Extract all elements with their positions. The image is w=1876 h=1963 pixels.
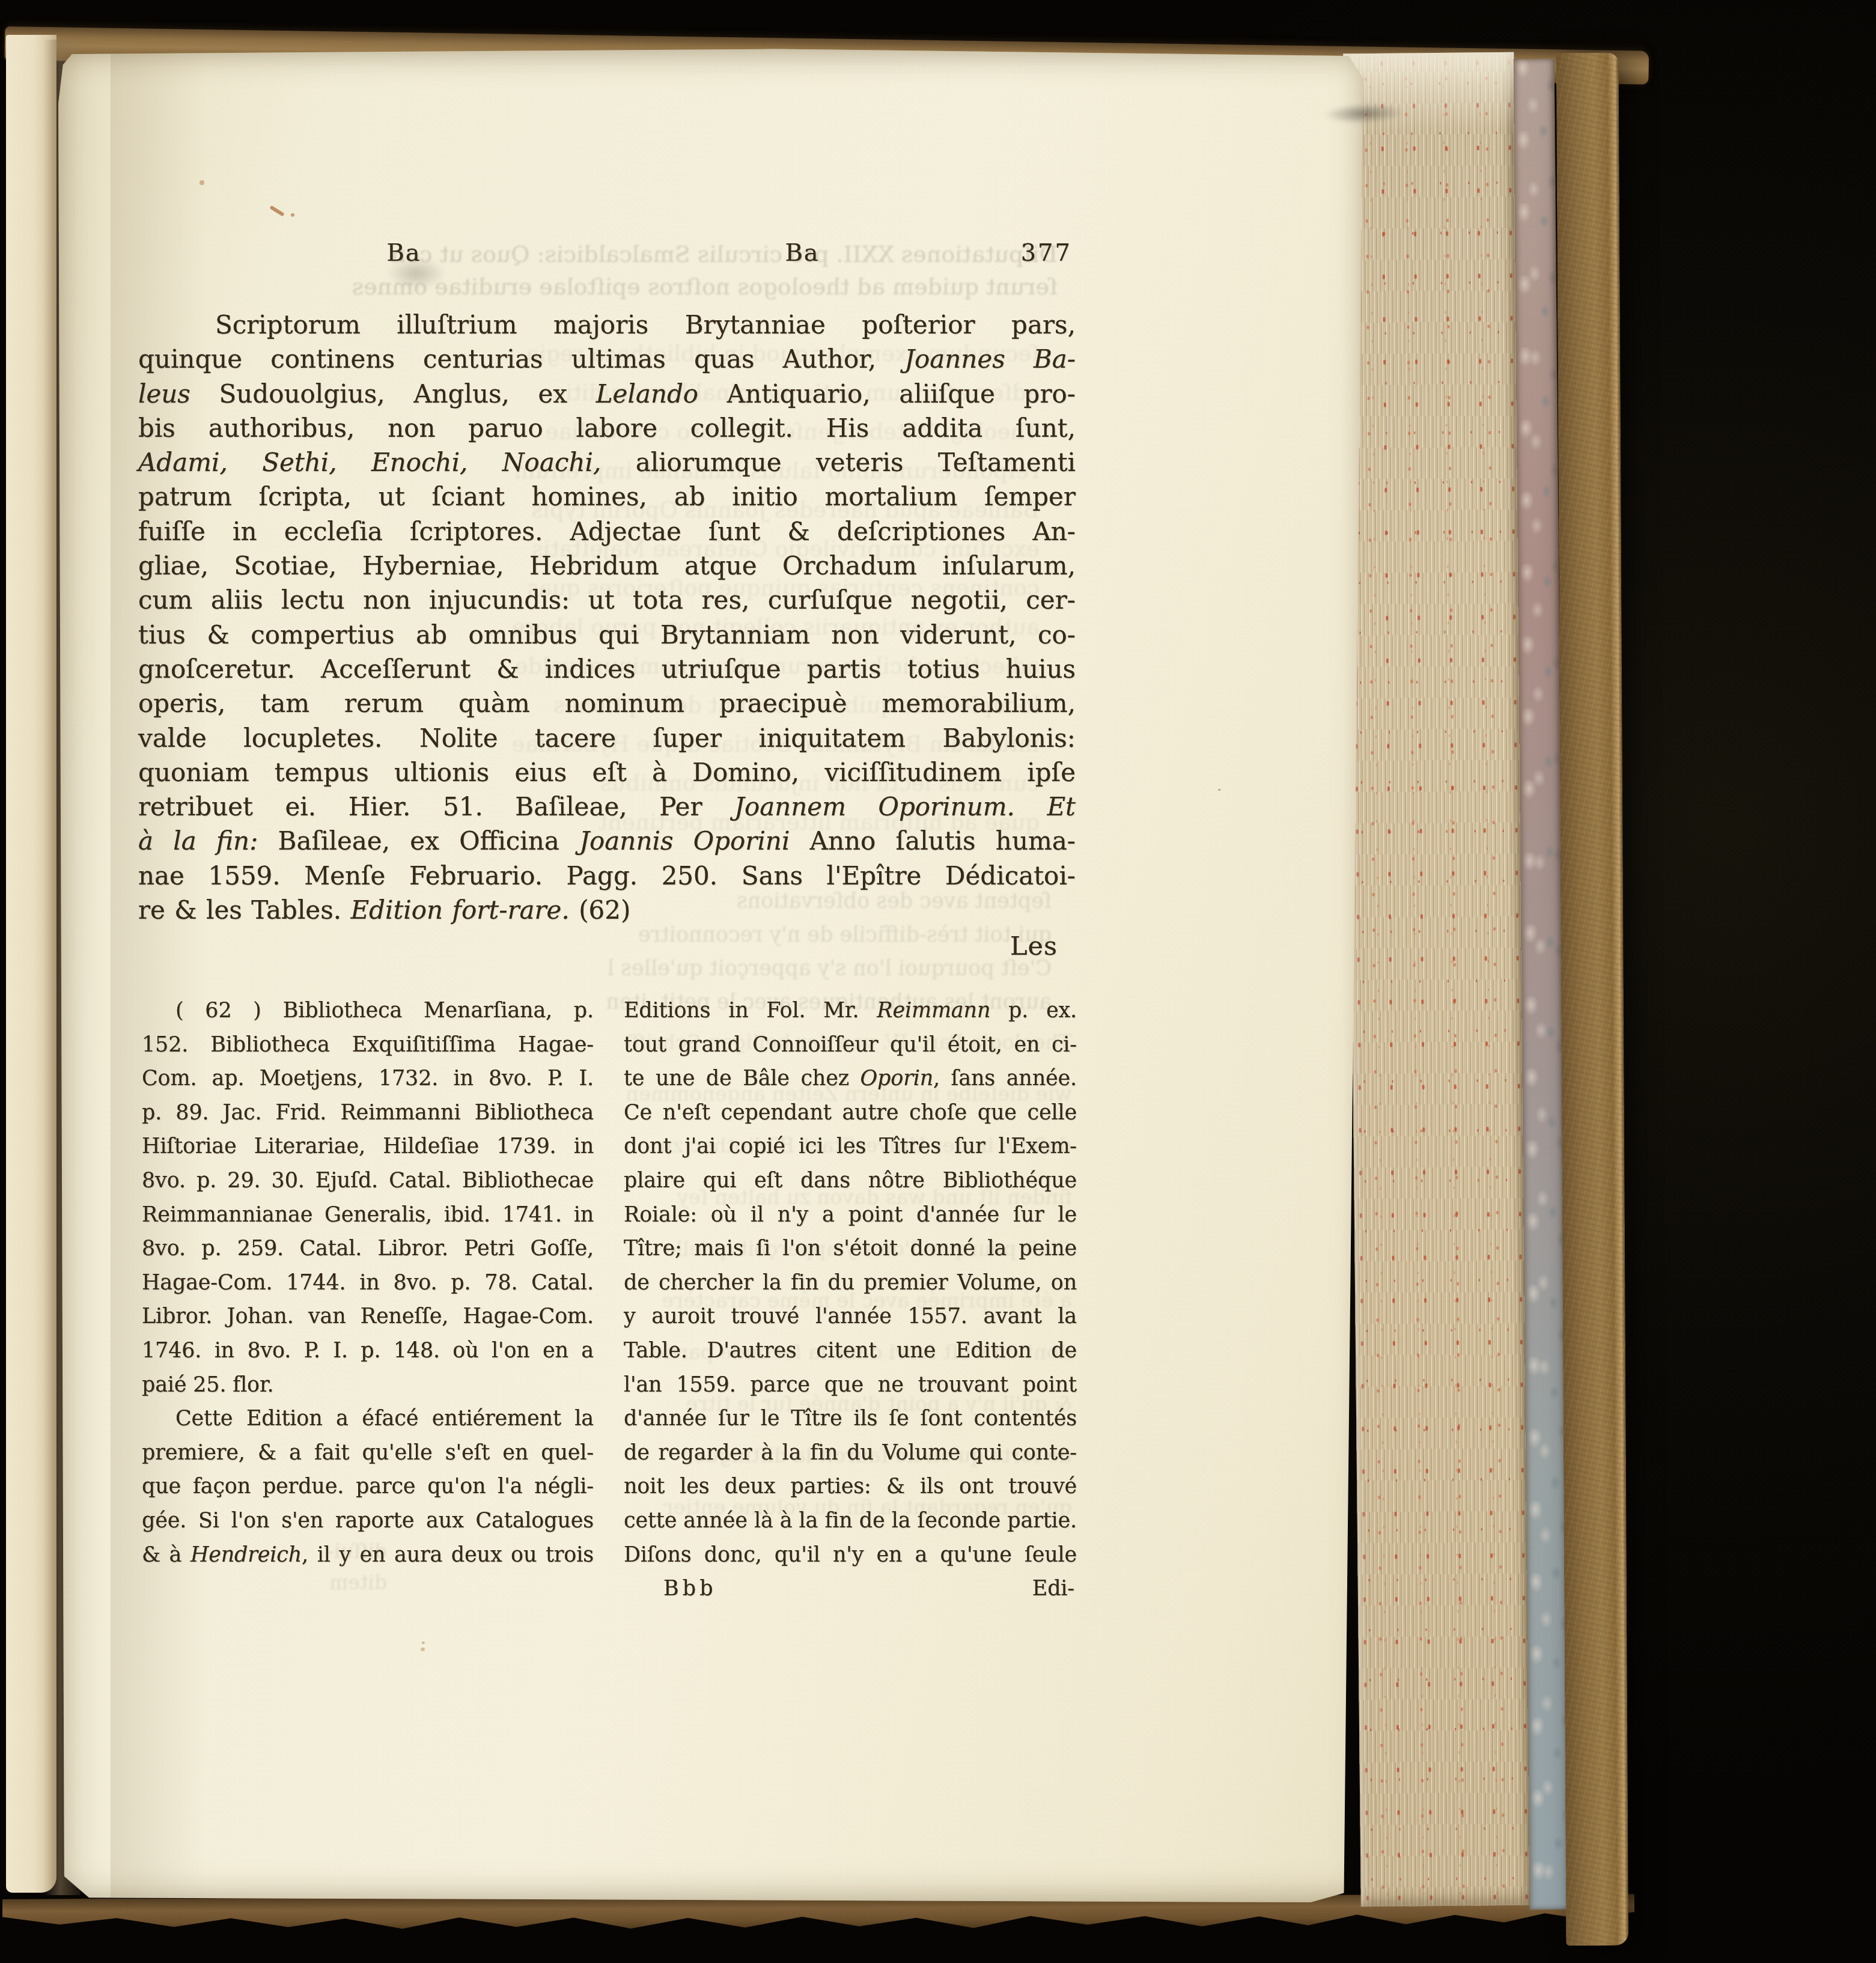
text-line: nae 1559. Menſe Februario. Pagg. 250. Sa…: [138, 859, 1076, 893]
text-line: premiere, & a fait qu'elle s'eſt en quel…: [142, 1441, 594, 1475]
text-line: tius & compertius ab omnibus qui Brytann…: [138, 618, 1076, 652]
text-line: valde locupletes. Nolite tacere ſuper in…: [138, 721, 1076, 755]
text-line: & à Hendreich, il y en aura deux ou troi…: [142, 1543, 594, 1577]
text-line: patrum ſcripta, ut ſciant homines, ab in…: [138, 479, 1076, 514]
text-line: cum aliis lectu non injucundis: ut tota …: [138, 583, 1076, 617]
footnote-column-left: ( 62 ) Bibliotheca Menarſiana, p.152. Bi…: [142, 999, 594, 1577]
running-title-left: Ba: [386, 239, 421, 267]
text-line: re & les Tables. Edition fort-rare. (62): [138, 893, 1076, 927]
leather-cover-right-board: [1556, 53, 1628, 1946]
paper-fleck: [421, 1648, 425, 1651]
text-line: noit les deux parties: & ils ont trouvé: [624, 1475, 1077, 1509]
footnote-right-lines: Editions in Fol. Mr. Reimmann p. ex.tout…: [624, 999, 1077, 1577]
text-line: de regarder à la fin du Volume qui conte…: [624, 1441, 1077, 1475]
text-line: Scriptorum illuſtrium majoris Brytanniae…: [138, 308, 1076, 342]
paper-fleck: [199, 180, 204, 185]
text-line: Com. ap. Moetjens, 1732. in 8vo. P. I.: [142, 1067, 594, 1101]
signature-mark: Bbb: [663, 1577, 717, 1611]
text-line: 152. Bibliotheca Exquiſitiſſima Hagae-: [142, 1033, 594, 1067]
text-line: te une de Bâle chez Oporin, ſans année.: [624, 1067, 1077, 1101]
text-line: retribuet ei. Hier. 51. Baſileae, Per Jo…: [138, 790, 1076, 824]
page-block-fore-edge: [1343, 52, 1532, 1907]
running-head: Ba Ba 377: [138, 239, 1076, 273]
text-line: Table. D'autres citent une Edition de: [624, 1339, 1077, 1373]
text-line: quinque continens centurias ultimas quas…: [138, 342, 1076, 376]
text-line: Roiale: où il n'y a point d'année ſur le: [624, 1203, 1077, 1237]
footnote-column-right: Editions in Fol. Mr. Reimmann p. ex.tout…: [624, 999, 1077, 1611]
text-line: bis authoribus, non paruo labore collegi…: [138, 411, 1076, 445]
text-line: gliae, Scotiae, Hyberniae, Hebridum atqu…: [138, 549, 1076, 583]
text-line: 1746. in 8vo. P. I. p. 148. où l'on en a: [142, 1339, 594, 1373]
main-paragraph: Scriptorum illuſtrium majoris Brytanniae…: [138, 308, 1076, 927]
running-title-center: Ba: [785, 239, 819, 267]
text-line: dont j'ai copié ici les Tîtres ſur l'Exe…: [624, 1134, 1077, 1169]
text-line: operis, tam rerum quàm nominum praecipuè…: [138, 686, 1076, 720]
text-line: fuiſſe in eccleſia ſcriptores. Adjectae …: [138, 514, 1076, 549]
text-line: Hiſtoriae Literariae, Hildeſiae 1739. in: [142, 1134, 594, 1169]
text-line: 8vo. p. 29. 30. Ejuſd. Catal. Bibliothec…: [142, 1169, 594, 1203]
text-line: cette année là à la fin de la ſeconde pa…: [624, 1509, 1077, 1543]
page-number: 377: [1021, 239, 1072, 267]
signature-row: Bbb Edi-: [624, 1577, 1077, 1611]
text-line: Diſons donc, qu'il n'y en a qu'une ſeule: [624, 1543, 1077, 1577]
text-line: gée. Si l'on s'en raporte aux Catalogues: [142, 1509, 594, 1543]
text-line: Tître; mais ſi l'on s'étoit donné la pei…: [624, 1237, 1077, 1271]
text-line: Adami, Sethi, Enochi, Noachi, aliorumque…: [138, 445, 1076, 479]
text-line: à la fin: Baſileae, ex Officina Joannis …: [138, 824, 1076, 858]
text-line: que façon perdue. parce qu'on l'a négli-: [142, 1475, 594, 1509]
text-line: paié 25. flor.: [142, 1373, 594, 1407]
text-line: Libror. Johan. van Reneſſe, Hagae-Com.: [142, 1304, 594, 1339]
text-line: tout grand Connoiſſeur qu'il étoit, en c…: [624, 1033, 1077, 1067]
text-line: leus Sudouolgius, Anglus, ex Lelando Ant…: [138, 377, 1076, 411]
text-line: l'an 1559. parce que ne trouvant point: [624, 1373, 1077, 1407]
text-line: quoniam tempus ultionis eius eſt à Domin…: [138, 755, 1076, 790]
text-line: 8vo. p. 259. Catal. Libror. Petri Goſſe,: [142, 1237, 594, 1271]
text-line: Cette Edition a éfacé entiérement la: [142, 1407, 594, 1441]
book-scan-photo: Diſputationes XXII. pro circulis Smalcal…: [0, 0, 1876, 1963]
catchword-mid: Les: [138, 931, 1058, 961]
text-line: Hagae-Com. 1744. in 8vo. p. 78. Catal.: [142, 1271, 594, 1305]
text-line: Editions in Fol. Mr. Reimmann p. ex.: [624, 999, 1077, 1033]
text-line: de chercher la fin du premier Volume, on: [624, 1271, 1077, 1305]
text-line: gnoſceretur. Acceſſerunt & indices utriu…: [138, 652, 1076, 686]
text-line: ( 62 ) Bibliotheca Menarſiana, p.: [142, 999, 594, 1033]
text-line: p. 89. Jac. Frid. Reimmanni Bibliotheca: [142, 1101, 594, 1135]
text-line: Ce n'eſt cependant autre choſe que celle: [624, 1101, 1077, 1135]
text-line: y auroit trouvé l'année 1557. avant la: [624, 1304, 1077, 1339]
text-line: d'année ſur le Tître ils ſe ſont content…: [624, 1407, 1077, 1441]
text-line: plaire qui eſt dans nôtre Bibliothéque: [624, 1169, 1077, 1203]
catchword-bottom: Edi-: [1032, 1577, 1074, 1611]
text-line: Reimmannianae Generalis, ibid. 1741. in: [142, 1203, 594, 1237]
